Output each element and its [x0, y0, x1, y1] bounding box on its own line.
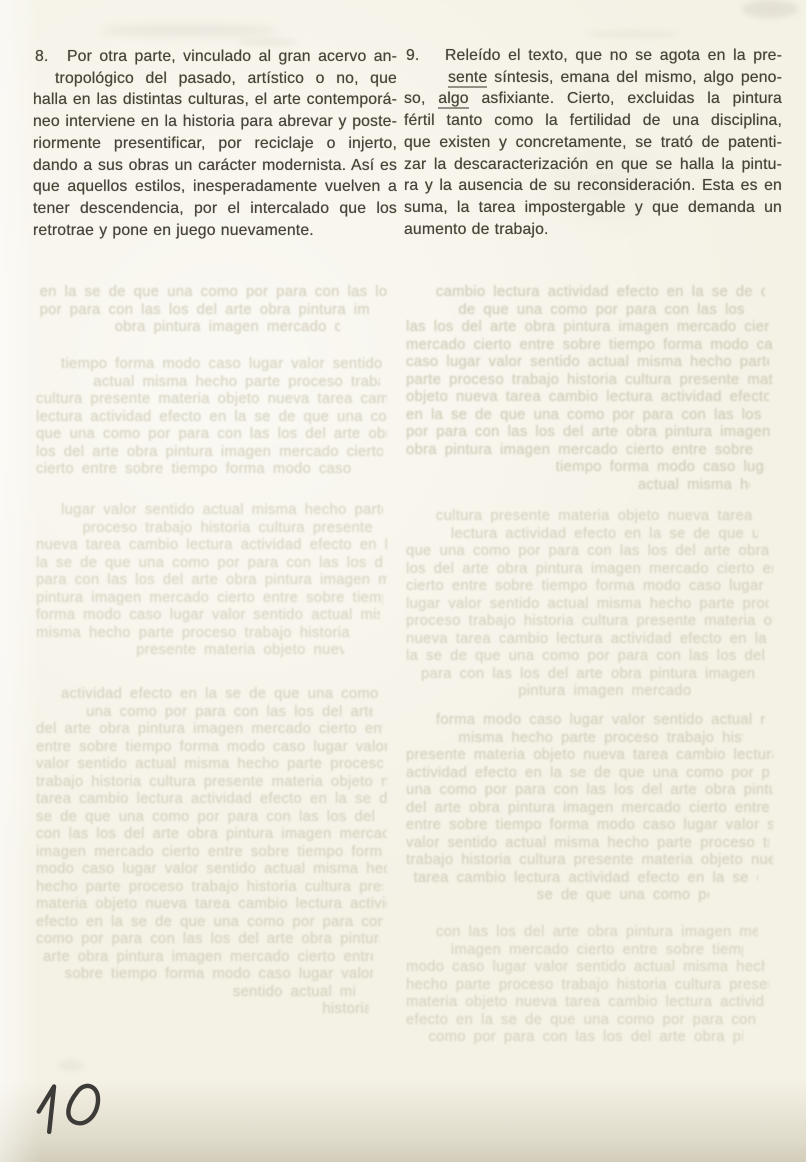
text-segment: zar la descaracterización en que se hall… — [404, 156, 782, 173]
bleedthrough-line: nueva tarea cambio lectura actividad efe… — [36, 537, 387, 555]
bleedthrough-line: cambio lectura actividad efecto en la se… — [436, 284, 765, 302]
bleedthrough-line: las los del arte obra pintura imagen mer… — [406, 319, 769, 337]
scan-smudge — [742, 0, 798, 18]
bleedthrough-line: cierto entre sobre tiempo forma modo cas… — [36, 461, 351, 479]
text-line: aumento de trabajo. — [404, 219, 782, 241]
text-line: dando a sus obras un carácter modernista… — [33, 155, 397, 177]
bleedthrough-block: cultura presente materia objeto nueva ta… — [406, 508, 780, 701]
bleedthrough-line: actual misma hecho parte proceso trabajo… — [93, 374, 379, 392]
bleedthrough-line: mercado cierto entre sobre tiempo forma … — [406, 337, 773, 355]
bleedthrough-line: actividad efecto en la se de que una com… — [61, 686, 383, 704]
text-line: riormente presentificar, por reciclaje o… — [33, 133, 397, 155]
handwritten-page-number — [23, 1071, 128, 1158]
bleedthrough-line: tarea cambio lectura actividad efecto en… — [36, 791, 387, 809]
bleedthrough-line: lectura actividad efecto en la se de que… — [36, 409, 387, 427]
text-segment: riormente presentificar, por reciclaje o… — [33, 135, 397, 152]
bleedthrough-line: los del arte obra pintura imagen mercado… — [36, 444, 383, 462]
text-line: fértil tanto como la fertilidad de una d… — [404, 110, 782, 132]
bleedthrough-line: objeto nueva tarea cambio lectura activi… — [406, 389, 769, 407]
bleedthrough-line: sobre tiempo forma modo caso lugar valor… — [65, 966, 373, 984]
paragraph-9: 9.Releído el texto, que no se agota en l… — [404, 45, 782, 240]
bleedthrough-line: arte obra pintura imagen mercado cierto … — [43, 949, 372, 967]
bleedthrough-line: caso lugar valor sentido actual misma he… — [406, 354, 769, 372]
bleedthrough-line: proceso trabajo historia cultura present… — [83, 520, 377, 538]
bleedthrough-line: con las los del arte obra pintura imagen… — [36, 826, 387, 844]
bleedthrough-line: del arte obra pintura imagen mercado cie… — [406, 800, 769, 818]
bleedthrough-block: tiempo forma modo caso lugar valor senti… — [36, 356, 394, 479]
bleedthrough-line: con las los del arte obra pintura imagen… — [436, 924, 758, 942]
bleedthrough-line: la se de que una como por para con las l… — [36, 555, 383, 573]
bleedthrough-line: materia objeto nueva tarea cambio lectur… — [406, 994, 765, 1012]
bleedthrough-block: forma modo caso lugar valor sentido actu… — [406, 712, 780, 905]
text-line: halla en las distintas culturas, el arte… — [33, 89, 397, 111]
bleedthrough-line: la se de que una como por para con las l… — [406, 648, 765, 666]
text-line: ra y la ausencia de su reconsideración. … — [404, 175, 782, 197]
bleedthrough-line: hecho parte proceso trabajo historia cul… — [36, 879, 383, 897]
text-segment: síntesis, emana del mismo, algo peno- — [487, 69, 782, 86]
scanned-document-page: en la se de que una como por para con la… — [0, 0, 806, 1162]
paragraph-number: 9. — [404, 45, 445, 67]
bleedthrough-line: una como por para con las los del arte o… — [406, 782, 773, 800]
text-line: que aquellos estilos, inesperadamente vu… — [33, 176, 397, 198]
bleedthrough-line: cultura presente materia objeto nueva ta… — [436, 508, 758, 526]
text-segment: asfixiante. Cierto, excluidas la pintura — [469, 90, 782, 107]
text-segment: halla en las distintas culturas, el arte… — [33, 91, 397, 108]
bleedthrough-line: trabajo historia cultura presente materi… — [36, 774, 387, 792]
bleedthrough-line: pintura imagen mercado cierto entre sobr… — [518, 683, 698, 701]
bleedthrough-line: como por para con las los del arte obra … — [428, 1029, 742, 1047]
text-line: tener descendencia, por el intercalado q… — [33, 198, 397, 220]
bleedthrough-line: lugar valor sentido actual misma hecho p… — [61, 502, 383, 520]
bleedthrough-line: modo caso lugar valor sentido actual mis… — [36, 861, 387, 879]
bleedthrough-block: cambio lectura actividad efecto en la se… — [406, 284, 780, 494]
bleedthrough-line: efecto en la se de que una como por para… — [36, 914, 383, 932]
text-segment: Por otra parte, vinculado al gran acervo… — [67, 48, 397, 65]
text-segment: ra y la ausencia de su reconsideración. … — [404, 177, 782, 194]
bleedthrough-line: presente materia objeto nueva tarea camb… — [406, 747, 773, 765]
text-segment: que aquellos estilos, inesperadamente vu… — [33, 178, 397, 195]
bleedthrough-line: que una como por para con las los del ar… — [36, 426, 387, 444]
scan-smudge — [236, 38, 298, 46]
bleedthrough-line: actividad efecto en la se de que una com… — [406, 765, 769, 783]
bleedthrough-line: sentido actual misma hecho parte proceso… — [233, 984, 355, 1002]
bleedthrough-line: de que una como por para con las los del… — [458, 302, 750, 320]
bleedthrough-line: para con las los del arte obra pintura i… — [36, 572, 387, 590]
bleedthrough-line: por para con las los del arte obra pintu… — [406, 424, 773, 442]
text-line-body: Releído el texto, que no se agota en la … — [445, 45, 782, 67]
bleedthrough-line: actual misma hecho parte proceso trabajo… — [638, 477, 750, 495]
bleedthrough-line: tiempo forma modo caso lugar valor senti… — [556, 459, 765, 477]
bleedthrough-line: hecho parte proceso trabajo historia cul… — [406, 977, 769, 995]
bleedthrough-line: entre sobre tiempo forma modo caso lugar… — [36, 739, 387, 757]
bleedthrough-line: misma hecho parte proceso trabajo histor… — [36, 625, 358, 643]
bleedthrough-line: nueva tarea cambio lectura actividad efe… — [406, 631, 769, 649]
bleedthrough-line: por para con las los del arte obra pintu… — [40, 302, 369, 320]
text-line: neo interviene en la historia para abrev… — [33, 111, 397, 133]
text-segment: tropológico del pasado, artístico o no, … — [55, 70, 397, 87]
text-line: suma, la tarea impostergable y que deman… — [404, 197, 782, 219]
bleedthrough-line: los del arte obra pintura imagen mercado… — [406, 561, 773, 579]
text-segment: Releído el texto, que no se agota en la … — [445, 47, 782, 64]
bleedthrough-line: tarea cambio lectura actividad efecto en… — [413, 870, 757, 888]
text-segment: suma, la tarea impostergable y que deman… — [404, 199, 782, 216]
text-line: zar la descaracterización en que se hall… — [404, 154, 782, 176]
text-line: 9.Releído el texto, que no se agota en l… — [404, 45, 782, 67]
bleedthrough-line: lectura actividad efecto en la se de que… — [451, 526, 758, 544]
bleedthrough-line: trabajo historia cultura presente materi… — [406, 852, 773, 870]
text-segment: aumento de trabajo. — [404, 221, 549, 238]
bleedthrough-line: se de que una como por para con las los … — [537, 887, 709, 905]
bleedthrough-line: entre sobre tiempo forma modo caso lugar… — [406, 817, 773, 835]
bleedthrough-line: tiempo forma modo caso lugar valor senti… — [61, 356, 387, 374]
text-segment: neo interviene en la historia para abrev… — [33, 113, 397, 130]
bleedthrough-line: obra pintura imagen mercado cierto entre… — [115, 319, 341, 337]
bleedthrough-line: materia objeto nueva tarea cambio lectur… — [36, 896, 387, 914]
bleedthrough-line: modo caso lugar valor sentido actual mis… — [406, 959, 765, 977]
paragraph-8: 8.Por otra parte, vinculado al gran acer… — [33, 46, 397, 241]
bleedthrough-block: lugar valor sentido actual misma hecho p… — [36, 502, 394, 660]
text-line: tropológico del pasado, artístico o no, … — [33, 68, 397, 90]
text-line-body: Por otra parte, vinculado al gran acervo… — [67, 46, 397, 68]
bleedthrough-line: efecto en la se de que una como por para… — [406, 1012, 761, 1030]
text-line: so, algo asfixiante. Cierto, excluidas l… — [404, 88, 782, 110]
text-segment: tener descendencia, por el intercalado q… — [33, 200, 397, 217]
text-line: que existen y concretamente, se trató de… — [404, 132, 782, 154]
text-segment: retrotrae y pone en juego nuevamente. — [33, 222, 314, 239]
text-segment: que existen y concretamente, se trató de… — [404, 134, 782, 151]
bleedthrough-block: en la se de que una como por para con la… — [36, 284, 394, 337]
bleedthrough-line: se de que una como por para con las los … — [36, 809, 383, 827]
bleedthrough-line: obra pintura imagen mercado cierto entre… — [406, 442, 754, 460]
bleedthrough-line: parte proceso trabajo historia cultura p… — [406, 372, 773, 390]
bleedthrough-line: una como por para con las los del arte o… — [86, 704, 372, 722]
text-line: sente síntesis, emana del mismo, algo pe… — [404, 67, 782, 89]
bleedthrough-line: en la se de que una como por para con la… — [40, 284, 387, 302]
bleedthrough-line: proceso trabajo historia cultura present… — [406, 613, 773, 631]
bleedthrough-line: presente materia objeto nueva tarea camb… — [136, 642, 344, 660]
scan-smudge — [586, 30, 678, 38]
bleedthrough-line: para con las los del arte obra pintura i… — [421, 666, 758, 684]
bleedthrough-line: como por para con las los del arte obra … — [36, 931, 380, 949]
bleedthrough-line: en la se de que una como por para con la… — [406, 407, 769, 425]
text-segment: dando a sus obras un carácter modernista… — [33, 157, 397, 174]
text-segment: fértil tanto como la fertilidad de una d… — [404, 112, 782, 129]
bleedthrough-line: valor sentido actual misma hecho parte p… — [36, 756, 383, 774]
underlined-word: sente — [448, 69, 487, 88]
bleedthrough-block: actividad efecto en la se de que una com… — [36, 686, 394, 1019]
handwritten-ten-glyph — [23, 1071, 128, 1158]
bleedthrough-line: historia cultura presente materia objeto… — [322, 1001, 369, 1019]
paragraph-number: 8. — [33, 46, 67, 68]
text-line: 8.Por otra parte, vinculado al gran acer… — [33, 46, 397, 68]
bleedthrough-line: forma modo caso lugar valor sentido actu… — [436, 712, 765, 730]
scan-smudge — [100, 24, 280, 37]
bleedthrough-line: lugar valor sentido actual misma hecho p… — [406, 596, 769, 614]
bleedthrough-line: que una como por para con las los del ar… — [406, 543, 769, 561]
underlined-word: algo — [438, 90, 468, 109]
text-segment: so, — [404, 90, 438, 107]
bleedthrough-line: cierto entre sobre tiempo forma modo cas… — [406, 578, 769, 596]
bleedthrough-block: con las los del arte obra pintura imagen… — [406, 924, 780, 1047]
bleedthrough-line: misma hecho parte proceso trabajo histor… — [458, 730, 742, 748]
text-line: retrotrae y pone en juego nuevamente. — [33, 220, 397, 242]
bleedthrough-line: imagen mercado cierto entre sobre tiempo… — [36, 844, 383, 862]
bleedthrough-line: imagen mercado cierto entre sobre tiempo… — [451, 942, 743, 960]
scan-smudge — [58, 1060, 84, 1071]
bleedthrough-line: cultura presente materia objeto nueva ta… — [36, 391, 387, 409]
bleedthrough-line: forma modo caso lugar valor sentido actu… — [36, 607, 380, 625]
bleedthrough-line: del arte obra pintura imagen mercado cie… — [36, 721, 383, 739]
bleedthrough-line: valor sentido actual misma hecho parte p… — [406, 835, 769, 853]
bleedthrough-line: pintura imagen mercado cierto entre sobr… — [36, 590, 383, 608]
